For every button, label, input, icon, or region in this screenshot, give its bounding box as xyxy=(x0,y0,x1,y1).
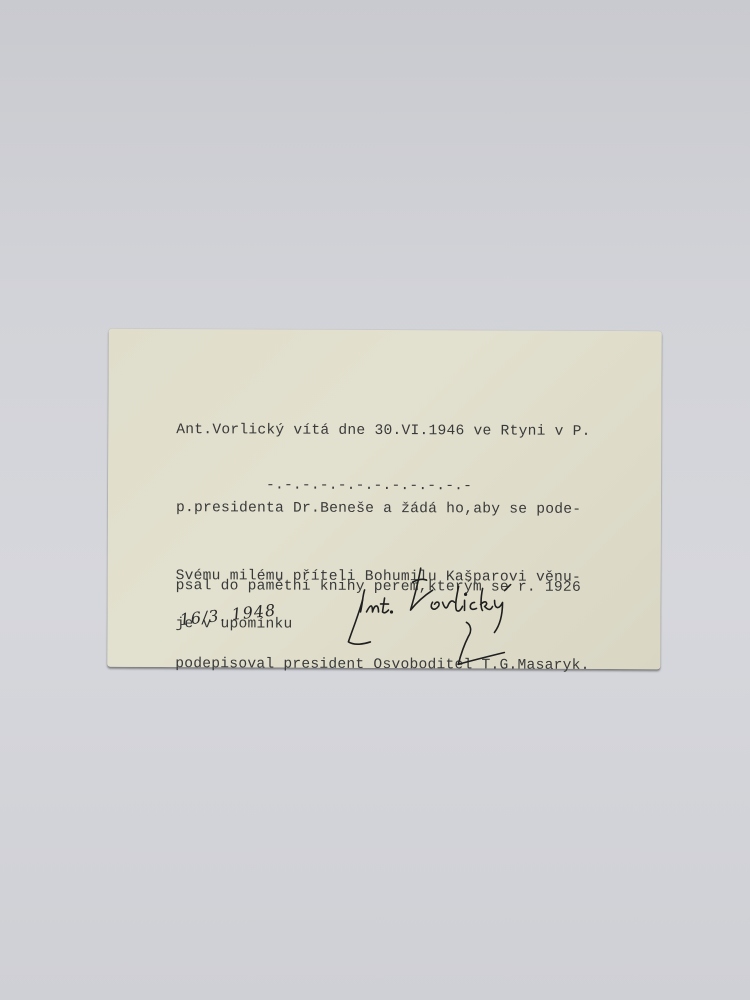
signature-icon xyxy=(342,560,542,671)
typed-separator: -.-.-.-.-.-.-.-.-.-.-.- xyxy=(266,477,472,494)
typed-line: Ant.Vorlický vítá dne 30.VI.1946 ve Rtyn… xyxy=(176,417,590,445)
typed-line: p.presidenta Dr.Beneše a žádá ho,aby se … xyxy=(176,495,590,523)
dedication-card: Ant.Vorlický vítá dne 30.VI.1946 ve Rtyn… xyxy=(107,329,661,669)
